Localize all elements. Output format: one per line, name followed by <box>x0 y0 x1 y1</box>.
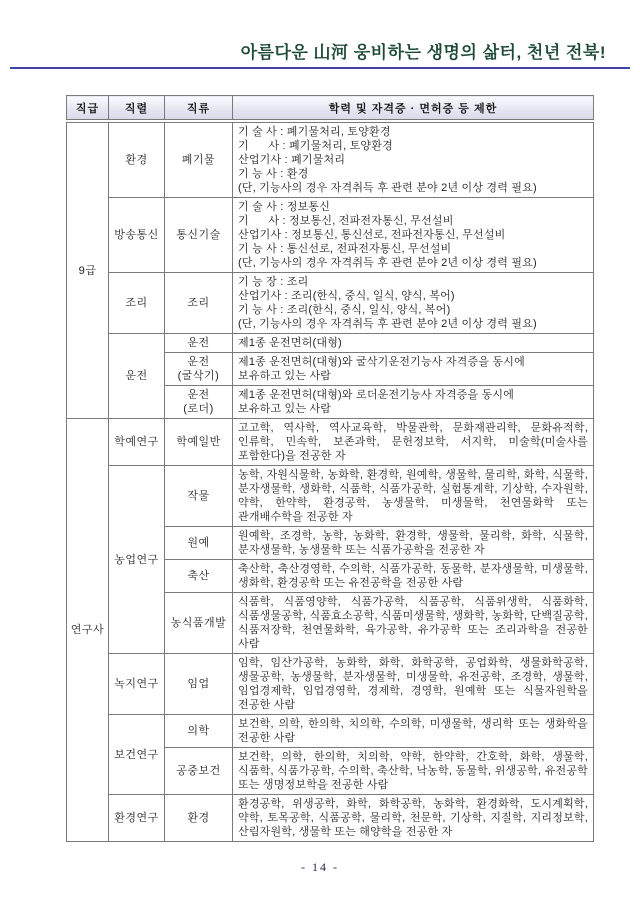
requirement-cell: 고고학, 역사학, 역사교육학, 박물관학, 문화재관리학, 문화유적학, 인류… <box>233 419 594 466</box>
requirement-cell: 제1종 운전면허(대형)와 굴삭기운전기능사 자격증을 동시에 보유하고 있는 … <box>233 353 594 386</box>
table-row: 조리 조리 기 능 장 : 조리 산업기사 : 조리(한식, 중식, 일식, 양… <box>67 273 594 334</box>
page-number: - 14 - <box>0 860 640 875</box>
class-cell: 축산 <box>165 560 233 593</box>
requirement-cell: 환경공학, 위생공학, 화학, 화학공학, 농화학, 환경화학, 도시계획학, … <box>233 795 594 842</box>
class-cell: 의학 <box>165 715 233 748</box>
requirement-cell: 보건학, 의학, 한의학, 치의학, 약학, 한약학, 간호학, 화학, 생물학… <box>233 748 594 795</box>
requirement-cell: 식품학, 식품영양학, 식품가공학, 식품공학, 식품위생학, 식품화학, 식품… <box>233 593 594 654</box>
table-row: 9급 환경 폐기물 기 술 사 : 폐기물처리, 토양환경 기 사 : 폐기물처… <box>67 123 594 198</box>
table-row: 연구사 학예연구 학예일반 고고학, 역사학, 역사교육학, 박물관학, 문화재… <box>67 419 594 466</box>
header-cell-requirements: 학력 및 자격증 · 면허증 등 제한 <box>233 96 594 120</box>
class-cell: 공중보건 <box>165 748 233 795</box>
header-cell-rank: 직급 <box>67 96 109 120</box>
series-cell-cooking: 조리 <box>109 273 165 334</box>
header-underline <box>10 67 630 69</box>
table-row: 환경연구 환경 환경공학, 위생공학, 화학, 화학공학, 농화학, 환경화학,… <box>67 795 594 842</box>
requirement-cell: 농학, 자원식물학, 농화학, 환경학, 원예학, 생물학, 물리학, 화학, … <box>233 466 594 527</box>
header-slogan: 아름다운 山河 웅비하는 생명의 삶터, 천년 전북! <box>241 43 606 62</box>
class-cell: 원예 <box>165 527 233 560</box>
series-cell-agriculture: 농업연구 <box>109 466 165 654</box>
qualification-table: 직급 직렬 직류 학력 및 자격증 · 면허증 등 제한 9급 환경 폐기물 기… <box>66 95 593 842</box>
table-row: 방송통신 통신기술 기 술 사 : 정보통신 기 사 : 정보통신, 전파전자통… <box>67 198 594 273</box>
rank-cell-grade9: 9급 <box>67 123 109 419</box>
class-cell: 환경 <box>165 795 233 842</box>
header-cell-series: 직렬 <box>109 96 165 120</box>
table-row: 운전 운전 제1종 운전면허(대형) <box>67 334 594 353</box>
table-row: 보건연구 의학 보건학, 의학, 한의학, 치의학, 수의학, 미생물학, 생리… <box>67 715 594 748</box>
header-cell-class: 직류 <box>165 96 233 120</box>
series-cell-health: 보건연구 <box>109 715 165 795</box>
series-cell-forestry: 녹지연구 <box>109 654 165 715</box>
series-cell-broadcast: 방송통신 <box>109 198 165 273</box>
rank-cell-researcher: 연구사 <box>67 419 109 842</box>
series-cell-environment: 환경 <box>109 123 165 198</box>
requirement-cell: 기 능 장 : 조리 산업기사 : 조리(한식, 중식, 일식, 양식, 복어)… <box>233 273 594 334</box>
class-cell: 작물 <box>165 466 233 527</box>
series-cell-driving: 운전 <box>109 334 165 419</box>
class-cell: 조리 <box>165 273 233 334</box>
class-cell: 학예일반 <box>165 419 233 466</box>
class-cell: 통신기술 <box>165 198 233 273</box>
class-cell: 폐기물 <box>165 123 233 198</box>
requirement-cell: 축산학, 축산경영학, 수의학, 식품가공학, 동물학, 분자생물학, 미생물학… <box>233 560 594 593</box>
series-cell-curatorial: 학예연구 <box>109 419 165 466</box>
table-header-row: 직급 직렬 직류 학력 및 자격증 · 면허증 등 제한 <box>66 95 594 120</box>
page-header: 아름다운 山河 웅비하는 생명의 삶터, 천년 전북! <box>0 0 640 63</box>
table-row: 농업연구 작물 농학, 자원식물학, 농화학, 환경학, 원예학, 생물학, 물… <box>67 466 594 527</box>
class-cell: 농식품개발 <box>165 593 233 654</box>
series-cell-env-research: 환경연구 <box>109 795 165 842</box>
requirement-cell: 제1종 운전면허(대형) <box>233 334 594 353</box>
requirement-cell: 기 술 사 : 정보통신 기 사 : 정보통신, 전파전자통신, 무선설비 산업… <box>233 198 594 273</box>
class-cell: 임업 <box>165 654 233 715</box>
requirement-cell: 기 술 사 : 폐기물처리, 토양환경 기 사 : 폐기물처리, 토양환경 산업… <box>233 123 594 198</box>
class-cell: 운전 (굴삭기) <box>165 353 233 386</box>
table-row: 녹지연구 임업 임학, 임산가공학, 농화학, 화학, 화학공학, 공업화학, … <box>67 654 594 715</box>
table-body: 9급 환경 폐기물 기 술 사 : 폐기물처리, 토양환경 기 사 : 폐기물처… <box>66 122 594 842</box>
class-cell: 운전 <box>165 334 233 353</box>
requirement-cell: 제1종 운전면허(대형)와 로더운전기능사 자격증을 동시에 보유하고 있는 사… <box>233 386 594 419</box>
requirement-cell: 임학, 임산가공학, 농화학, 화학, 화학공학, 공업화학, 생물화학공학, … <box>233 654 594 715</box>
requirement-cell: 보건학, 의학, 한의학, 치의학, 수의학, 미생물학, 생리학 또는 생화학… <box>233 715 594 748</box>
class-cell: 운전 (로더) <box>165 386 233 419</box>
requirement-cell: 원예학, 조경학, 농학, 농화학, 환경학, 생물학, 물리학, 화학, 식물… <box>233 527 594 560</box>
